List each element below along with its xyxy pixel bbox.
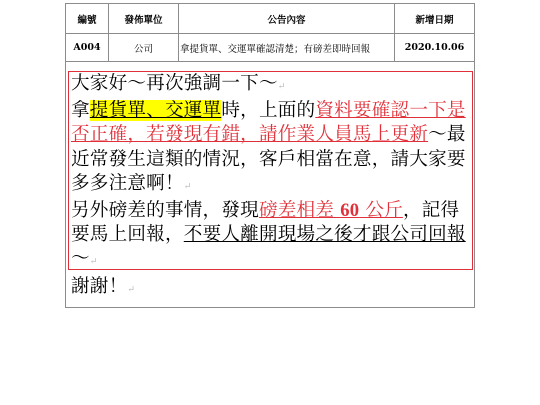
- cell-subject: 拿提貨單、交運單確認清楚；有磅差即時回報: [179, 34, 395, 61]
- paragraph-documents: 拿提貨單、交運單時，上面的資料要確認一下是否正確，若發現有錯，請作業人員馬上更新…: [71, 99, 470, 199]
- announcement-body: 大家好～再次強調一下～↵ 拿提貨單、交運單時，上面的資料要確認一下是否正確，若發…: [68, 71, 473, 270]
- cell-date: 2020.10.06: [395, 34, 474, 61]
- header-content: 公告內容: [179, 4, 395, 33]
- red-emphasis-weight: 磅差相差 60 公斤: [259, 200, 403, 221]
- table-row: A004 公司 拿提貨單、交運單確認清楚；有磅差即時回報 2020.10.06: [66, 34, 474, 62]
- table-header-row: 編號 發佈單位 公告內容 新增日期: [66, 4, 474, 34]
- header-date: 新增日期: [395, 4, 474, 33]
- highlighted-documents: 提貨單、交運單: [90, 100, 222, 121]
- announcement-table: 編號 發佈單位 公告內容 新增日期 A004 公司 拿提貨單、交運單確認清楚；有…: [65, 3, 475, 308]
- paragraph-mark-icon: ↵: [127, 285, 135, 295]
- thanks-line: 謝謝！↵: [71, 275, 470, 302]
- paragraph-mark-icon: ↵: [184, 182, 192, 192]
- paragraph-weight-diff: 另外磅差的事情，發現磅差相差 60 公斤，記得要馬上回報，不要人離開現場之後才跟…: [71, 199, 470, 275]
- paragraph-mark-icon: ↵: [90, 257, 98, 267]
- header-id: 編號: [66, 4, 109, 33]
- cell-unit: 公司: [109, 34, 179, 61]
- underlined-instruction: 不要人離開現場之後才跟公司回報: [184, 224, 466, 245]
- greeting-line: 大家好～再次強調一下～↵: [71, 72, 470, 99]
- header-unit: 發佈單位: [109, 4, 179, 33]
- paragraph-mark-icon: ↵: [278, 82, 286, 92]
- cell-id: A004: [66, 34, 109, 61]
